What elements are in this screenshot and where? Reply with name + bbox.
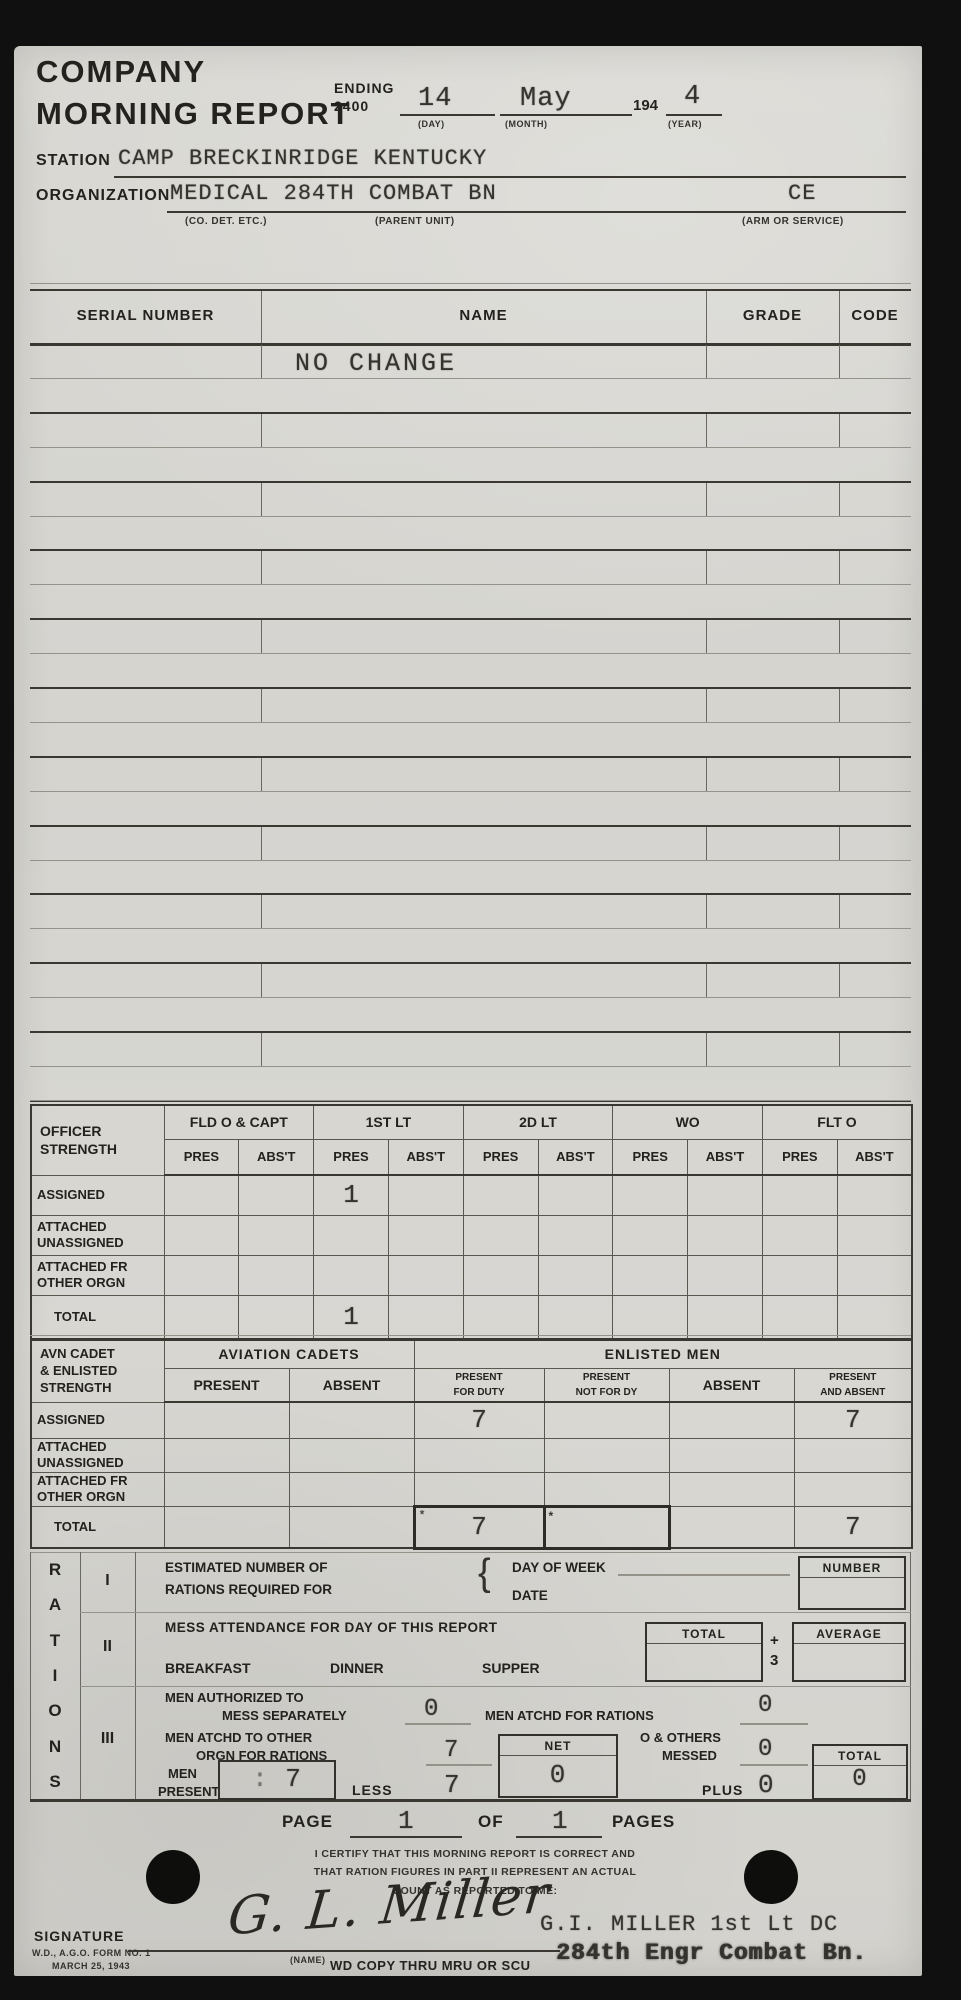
org-arm-note: (ARM OR SERVICE) <box>742 216 844 227</box>
form-number: W.D., A.G.O. FORM NO. 1 <box>32 1948 151 1958</box>
day-note: (DAY) <box>418 119 445 129</box>
rule-line <box>405 1723 471 1725</box>
day-of-week-label: DAY OF WEEK <box>512 1560 606 1575</box>
plus-label: PLUS <box>702 1782 743 1798</box>
rule-line <box>135 1552 136 1800</box>
rule-line <box>30 283 911 284</box>
punch-hole-right <box>744 1850 798 1904</box>
rule-line <box>740 1764 808 1766</box>
officer-assigned-1stlt-pres: 1 <box>314 1175 389 1215</box>
abst-header: ABS'T <box>388 1139 463 1175</box>
pfd-line1: PRESENT <box>455 1372 502 1383</box>
rations-est-line1: ESTIMATED NUMBER OF <box>165 1560 328 1575</box>
roster-row <box>30 620 911 689</box>
org-unit-note: (CO. DET. ETC.) <box>185 216 267 227</box>
year-prefix: 194 <box>633 97 658 114</box>
officer-total-row: TOTAL 1 <box>31 1295 912 1339</box>
asterisk-mark: * <box>419 1509 426 1523</box>
month-note: (MONTH) <box>505 119 548 129</box>
day-value: 14 <box>418 84 452 114</box>
less-label: LESS <box>352 1782 393 1798</box>
row-label-line: ATTACHED <box>37 1219 107 1234</box>
breakfast-label: BREAKFAST <box>165 1660 251 1676</box>
enlisted-subheader-row: PRESENT ABSENT PRESENT FOR DUTY PRESENT … <box>31 1368 912 1402</box>
enlisted-absent-header: ABSENT <box>669 1368 794 1402</box>
rule-line <box>80 1686 911 1687</box>
rations-letter: S <box>49 1772 60 1792</box>
rule-line <box>350 1836 462 1838</box>
typed-unit-name: 284th Engr Combat Bn. <box>556 1940 867 1966</box>
atchd-other-value: 7 <box>444 1737 459 1764</box>
officer-group-flto: FLT O <box>762 1105 912 1139</box>
rations-numeral-2: II <box>80 1638 135 1656</box>
row-label-line: ATTACHED <box>37 1439 107 1454</box>
rations-total-box: TOTAL 0 <box>812 1744 908 1800</box>
rule-line <box>80 1612 911 1613</box>
station-label: STATION <box>36 152 111 170</box>
net-box: NET 0 <box>498 1734 618 1798</box>
rule-line <box>128 1950 560 1952</box>
pnfd-line1: PRESENT <box>583 1372 630 1383</box>
brace-glyph: { <box>478 1552 491 1595</box>
arm-service-value: CE <box>788 181 816 206</box>
typed-officer-name: G.I. MILLER 1st Lt DC <box>540 1912 838 1937</box>
roster-col-grade: GRADE <box>706 307 839 324</box>
men-atchd-rations-value: 0 <box>758 1692 773 1719</box>
atchd-other-line1: MEN ATCHD TO OTHER <box>165 1730 312 1745</box>
row-label: TOTAL <box>31 1506 164 1548</box>
row-label-line: OTHER ORGN <box>37 1489 125 1504</box>
net-box-label: NET <box>500 1736 616 1756</box>
row-label: ATTACHED FR OTHER ORGN <box>31 1255 164 1295</box>
pages-value: 1 <box>552 1806 569 1836</box>
pnfd-header: PRESENT NOT FOR DY <box>544 1368 669 1402</box>
row-label: ATTACHED FR OTHER ORGN <box>31 1472 164 1506</box>
enlisted-corner-line2: & ENLISTED <box>40 1363 117 1378</box>
rule-line <box>666 114 722 116</box>
abst-header: ABS'T <box>688 1139 763 1175</box>
org-parent-note: (PARENT UNIT) <box>375 216 455 227</box>
rations-total-value: 0 <box>814 1766 906 1793</box>
month-value: May <box>520 84 572 114</box>
others-messed-line1: O & OTHERS <box>640 1730 721 1745</box>
ending-label: ENDING <box>334 80 394 96</box>
rule-line <box>167 211 906 213</box>
of-label: OF <box>478 1812 504 1832</box>
year-value: 4 <box>684 82 701 112</box>
average-box: AVERAGE <box>792 1622 906 1682</box>
roster-row <box>30 414 911 483</box>
rule-line <box>500 114 632 116</box>
total-pfd-value: 7 <box>471 1512 487 1542</box>
enlisted-attached-fr-row: ATTACHED FR OTHER ORGN <box>31 1472 912 1506</box>
roster-row <box>30 827 911 896</box>
group-aviation-cadets: AVIATION CADETS <box>164 1340 414 1368</box>
men-present-line1: MEN <box>168 1766 197 1781</box>
enlisted-total-pa: 7 <box>794 1506 912 1548</box>
signature-label: SIGNATURE <box>34 1928 124 1944</box>
officer-attached-row: ATTACHED UNASSIGNED <box>31 1215 912 1255</box>
pfd-line2: FOR DUTY <box>453 1387 504 1398</box>
form-date: MARCH 25, 1943 <box>52 1961 130 1971</box>
rations-numeral-1: I <box>80 1572 135 1590</box>
row-label: ASSIGNED <box>31 1402 164 1438</box>
roster-col-code: CODE <box>839 307 911 324</box>
row-label-line: OTHER ORGN <box>37 1275 125 1290</box>
row-label: TOTAL <box>31 1295 164 1339</box>
others-messed-line2: MESSED <box>662 1748 717 1763</box>
cadets-absent-header: ABSENT <box>289 1368 414 1402</box>
officer-total-1stlt-pres: 1 <box>314 1295 389 1339</box>
officer-assigned-row: ASSIGNED 1 <box>31 1175 912 1215</box>
roster-row <box>30 1033 911 1102</box>
roster-row <box>30 551 911 620</box>
officer-group-1stlt: 1ST LT <box>314 1105 464 1139</box>
year-note: (YEAR) <box>668 119 702 129</box>
station-value: CAMP BRECKINRIDGE KENTUCKY <box>118 146 487 171</box>
less-value: 7 <box>444 1770 461 1800</box>
men-authorized-line1: MEN AUTHORIZED TO <box>165 1690 304 1705</box>
row-label-line: UNASSIGNED <box>37 1235 124 1250</box>
men-present-line2: PRESENT <box>158 1784 219 1799</box>
rations-letter: I <box>53 1666 58 1686</box>
routing-note: WD COPY THRU MRU OR SCU <box>330 1958 530 1973</box>
rule-line <box>426 1764 492 1766</box>
rule-line <box>114 176 906 178</box>
number-box-label: NUMBER <box>800 1558 904 1578</box>
men-present-value: : 7 <box>220 1762 334 1794</box>
others-messed-value: 0 <box>758 1736 773 1763</box>
supper-label: SUPPER <box>482 1660 540 1676</box>
pres-header: PRES <box>613 1139 688 1175</box>
name-note: (NAME) <box>290 1955 326 1965</box>
pres-header: PRES <box>762 1139 837 1175</box>
enlisted-strength-table: AVN CADET & ENLISTED STRENGTH AVIATION C… <box>30 1339 913 1550</box>
enlisted-corner-label: AVN CADET & ENLISTED STRENGTH <box>31 1340 164 1402</box>
enlisted-assigned-row: ASSIGNED 7 7 <box>31 1402 912 1438</box>
roster-rows <box>30 345 911 1102</box>
roster-col-serial: SERIAL NUMBER <box>30 307 261 324</box>
row-label-line: ATTACHED FR <box>37 1259 128 1274</box>
officer-group-wo: WO <box>613 1105 763 1139</box>
officer-corner-line2: STRENGTH <box>40 1141 117 1157</box>
mess-total-label: TOTAL <box>647 1624 761 1644</box>
officer-corner-line1: OFFICER <box>40 1123 101 1139</box>
rule-line <box>30 1552 911 1553</box>
rations-letter: T <box>50 1631 60 1651</box>
officer-group-fldo: FLD O & CAPT <box>164 1105 314 1139</box>
officer-group-2dlt: 2D LT <box>463 1105 613 1139</box>
roster-row <box>30 964 911 1033</box>
roster-header-row: SERIAL NUMBER NAME GRADE CODE <box>30 291 911 345</box>
men-authorized-line2: MESS SEPARATELY <box>222 1708 347 1723</box>
abst-header: ABS'T <box>538 1139 613 1175</box>
dinner-label: DINNER <box>330 1660 384 1676</box>
row-label-line: ATTACHED FR <box>37 1473 128 1488</box>
mess-separately-value: 0 <box>424 1696 439 1723</box>
roster-row <box>30 689 911 758</box>
organization-value: MEDICAL 284TH COMBAT BN <box>170 181 497 206</box>
abst-header: ABS'T <box>837 1139 912 1175</box>
rule-line <box>618 1574 790 1576</box>
men-present-number: 7 <box>285 1764 302 1794</box>
row-label: ATTACHED UNASSIGNED <box>31 1438 164 1472</box>
pa-header: PRESENT AND ABSENT <box>794 1368 912 1402</box>
divide-plus-sign: + <box>770 1632 779 1649</box>
roster-col-name: NAME <box>261 307 706 324</box>
rations-est-line2: RATIONS REQUIRED FOR <box>165 1582 332 1597</box>
enlisted-total-pnfd: * <box>544 1506 669 1548</box>
roster-row <box>30 345 911 414</box>
roster-row <box>30 895 911 964</box>
pres-header: PRES <box>314 1139 389 1175</box>
number-box: NUMBER <box>798 1556 906 1610</box>
enlisted-corner-line1: AVN CADET <box>40 1346 115 1361</box>
group-enlisted-men: ENLISTED MEN <box>414 1340 912 1368</box>
rule-line <box>516 1836 602 1838</box>
row-label-line: UNASSIGNED <box>37 1455 124 1470</box>
page-label: PAGE <box>282 1812 333 1832</box>
plus-value: 0 <box>758 1770 775 1800</box>
enlisted-assigned-pfd: 7 <box>414 1402 544 1438</box>
row-label: ATTACHED UNASSIGNED <box>31 1215 164 1255</box>
divide-by-three: 3 <box>770 1652 778 1669</box>
scanned-page: COMPANY MORNING REPORT ENDING 2400 14 (D… <box>0 0 961 2000</box>
ending-time: 2400 <box>334 98 369 114</box>
rule-line <box>30 1799 911 1802</box>
mess-total-box: TOTAL <box>645 1622 763 1682</box>
men-atchd-rations-label: MEN ATCHD FOR RATIONS <box>485 1708 654 1723</box>
organization-label: ORGANIZATION <box>36 187 170 205</box>
rations-vertical-label: R A T I O N S <box>30 1552 80 1800</box>
pa-line2: AND ABSENT <box>820 1387 885 1398</box>
net-value: 0 <box>500 1756 616 1790</box>
roster-row <box>30 483 911 552</box>
enlisted-total-pfd: *7 <box>414 1506 544 1548</box>
rule-line <box>400 114 495 116</box>
form-title-line2: MORNING REPORT <box>36 96 352 132</box>
rations-letter: O <box>48 1701 61 1721</box>
rule-line <box>30 1100 911 1101</box>
mess-attendance-label: MESS ATTENDANCE FOR DAY OF THIS REPORT <box>165 1620 498 1635</box>
page-value: 1 <box>398 1806 415 1836</box>
officer-subheader-row: PRES ABS'T PRES ABS'T PRES ABS'T PRES AB… <box>31 1139 912 1175</box>
average-box-label: AVERAGE <box>794 1624 904 1644</box>
rations-letter: N <box>49 1737 61 1757</box>
men-present-box: : 7 <box>218 1760 336 1800</box>
cadets-present-header: PRESENT <box>164 1368 289 1402</box>
form-title-line1: COMPANY <box>36 54 206 90</box>
enlisted-total-row: TOTAL *7 * 7 <box>31 1506 912 1548</box>
pres-header: PRES <box>463 1139 538 1175</box>
rule-line <box>30 1335 911 1336</box>
pres-header: PRES <box>164 1139 239 1175</box>
enlisted-assigned-pa: 7 <box>794 1402 912 1438</box>
row-label: ASSIGNED <box>31 1175 164 1215</box>
rule-line <box>910 1552 911 1800</box>
roster-entry-no-change: NO CHANGE <box>295 349 457 378</box>
rations-letter: R <box>49 1560 61 1580</box>
punch-hole-left <box>146 1850 200 1904</box>
rations-letter: A <box>49 1595 61 1615</box>
officer-corner-label: OFFICER STRENGTH <box>31 1105 164 1175</box>
officer-strength-table: OFFICER STRENGTH FLD O & CAPT 1ST LT 2D … <box>30 1104 913 1340</box>
pages-label: PAGES <box>612 1812 675 1832</box>
rations-total-label: TOTAL <box>814 1746 906 1766</box>
rule-line <box>740 1723 808 1725</box>
enlisted-attached-row: ATTACHED UNASSIGNED <box>31 1438 912 1472</box>
rations-numeral-3: III <box>80 1730 135 1748</box>
enlisted-corner-line3: STRENGTH <box>40 1380 112 1395</box>
certify-line1: I CERTIFY THAT THIS MORNING REPORT IS CO… <box>250 1845 700 1863</box>
pfd-header: PRESENT FOR DUTY <box>414 1368 544 1402</box>
officer-attached-fr-row: ATTACHED FR OTHER ORGN <box>31 1255 912 1295</box>
abst-header: ABS'T <box>239 1139 314 1175</box>
pnfd-line2: NOT FOR DY <box>576 1387 638 1398</box>
date-label: DATE <box>512 1588 548 1603</box>
stray-colon-mark: : <box>252 1764 269 1794</box>
roster-row <box>30 758 911 827</box>
asterisk-mark: * <box>549 1509 554 1523</box>
pa-line1: PRESENT <box>829 1372 876 1383</box>
